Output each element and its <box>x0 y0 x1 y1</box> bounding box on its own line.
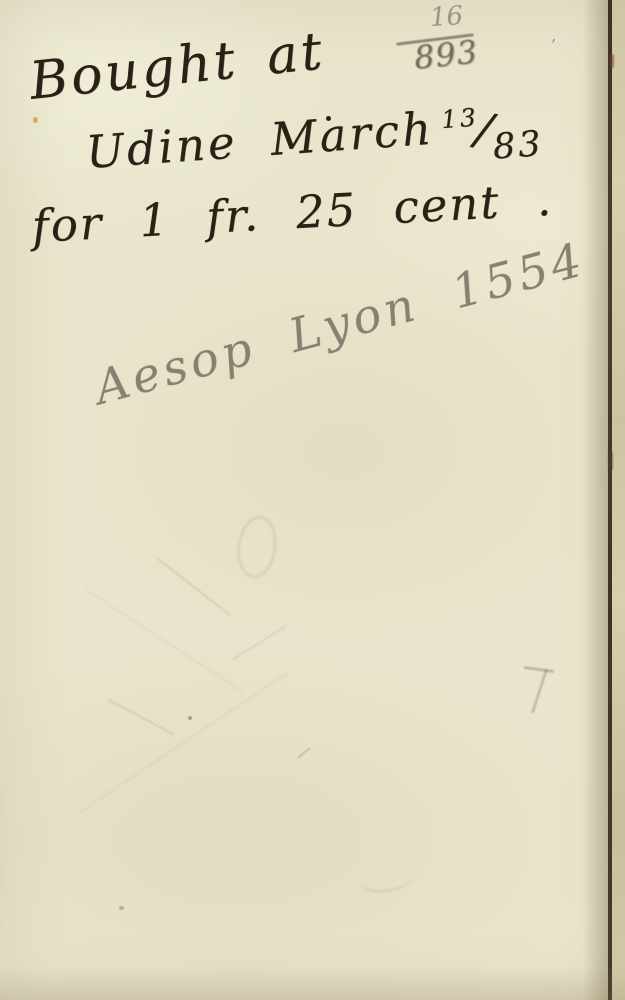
stray-pencil-tick: ’ <box>551 36 556 54</box>
stray-ink-dot <box>326 116 331 121</box>
page-edge-dark-fleck <box>608 452 613 470</box>
ink-inscription-line2: Udine March13/83 <box>84 94 544 179</box>
erased-pencil-smudge <box>79 672 287 813</box>
ink-inscription-year: 83 <box>492 123 545 167</box>
ink-inscription-line1: Bought at <box>27 21 328 112</box>
adjacent-page-edge-strip <box>612 0 625 1000</box>
erased-pencil-smudge <box>85 588 245 693</box>
erased-pencil-smudge <box>354 854 418 896</box>
ink-inscription-day: 13 <box>440 103 479 135</box>
erased-pencil-smudge <box>157 558 231 616</box>
pencil-inscription-aesop: Aesop Lyon 1554 <box>89 232 591 416</box>
scanned-flyleaf-page: 16 893 ’ Bought at Udine March13/83 for … <box>0 0 625 1000</box>
shelfmark-fraction: 16 893 <box>396 2 501 82</box>
erased-pencil-smudge <box>232 626 286 661</box>
gold-paper-fleck <box>33 117 38 123</box>
erased-pencil-smudge <box>234 514 280 581</box>
paper-speck <box>119 906 124 910</box>
ink-inscription-place-month: Udine March <box>84 102 436 179</box>
ink-inscription-line3: for 1 fr. 25 cent . <box>31 173 554 253</box>
page-edge-red-fleck <box>610 54 614 68</box>
erased-pencil-smudge <box>531 669 548 714</box>
paper-speck <box>188 716 192 720</box>
ink-inscription-date-fraction: 13/83 <box>440 94 544 154</box>
erased-pencil-smudge <box>108 699 174 736</box>
bottom-scan-vignette <box>0 966 625 1000</box>
erased-pencil-smudge <box>297 747 311 759</box>
page-edge-shadow <box>582 0 608 1000</box>
shelfmark-numerator: 16 <box>429 1 464 33</box>
erased-pencil-smudge <box>524 666 554 673</box>
shelfmark-denominator: 893 <box>412 33 480 77</box>
